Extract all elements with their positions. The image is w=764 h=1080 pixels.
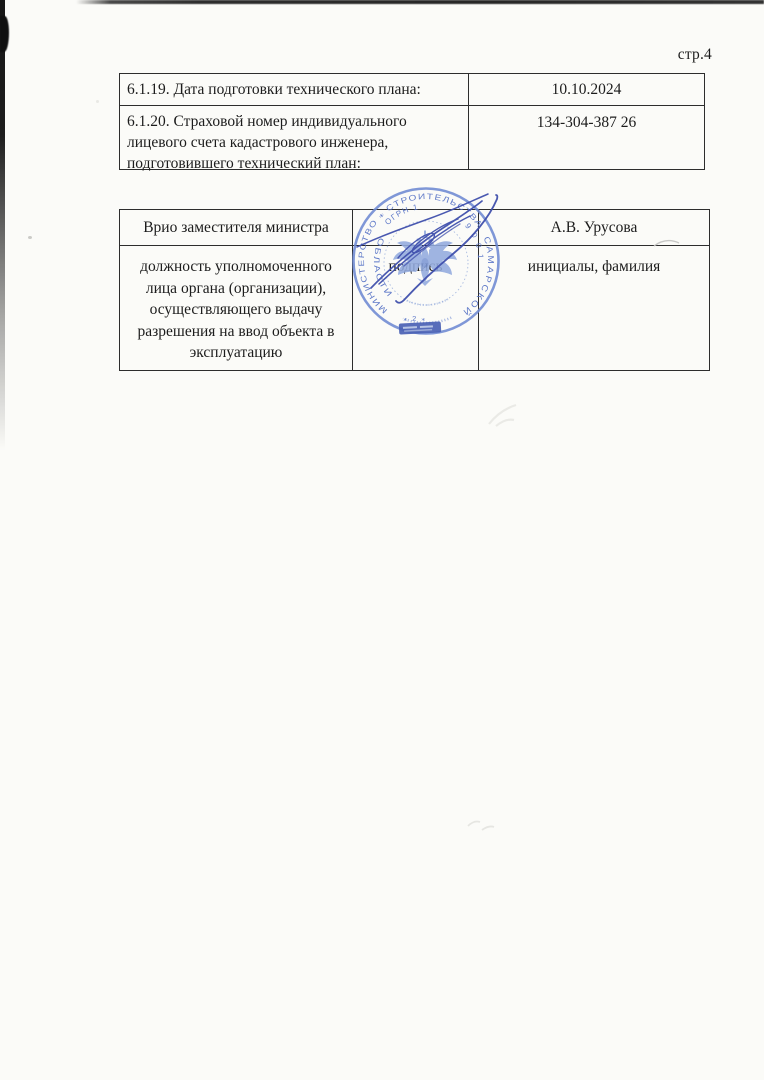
stamp-number: ⁎ 2 ⁎ <box>403 314 426 323</box>
scan-mark-dash <box>652 236 682 250</box>
scanned-document-page: стр.4 6.1.19. Дата подготовки техническо… <box>0 0 764 1080</box>
scan-smudge <box>486 402 526 430</box>
table-cell-label: 6.1.20. Страховой номер индивидуального … <box>120 105 468 169</box>
signature-ink <box>346 182 516 307</box>
table-cell-value: 10.10.2024 <box>468 74 704 105</box>
page-number: стр.4 <box>678 46 712 64</box>
scan-edge-top <box>76 0 764 4</box>
scan-blotch <box>0 16 9 52</box>
table-cell-label: 6.1.19. Дата подготовки технического пла… <box>120 74 468 105</box>
position-caption: должность уполномоченного лица органа (о… <box>120 245 352 370</box>
scan-smudge <box>464 810 498 834</box>
scan-speck <box>28 236 32 239</box>
position-title: Врио заместителя министра <box>120 210 352 245</box>
scan-speck <box>96 100 99 103</box>
scan-edge-left <box>0 0 5 450</box>
stamp-banner <box>399 321 442 334</box>
table-cell-value: 134-304-387 26 <box>468 105 704 169</box>
plan-info-table: 6.1.19. Дата подготовки технического пла… <box>119 73 705 170</box>
